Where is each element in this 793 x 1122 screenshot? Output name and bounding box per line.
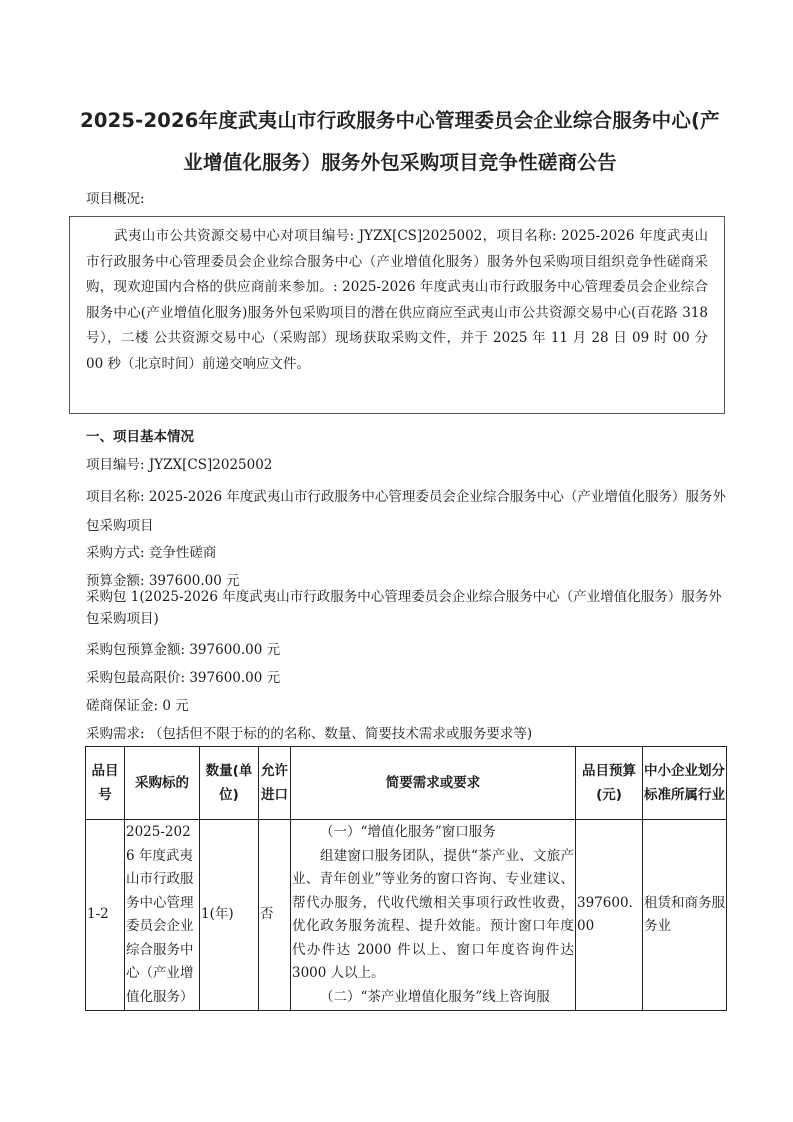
document-title-line-2: 业增值化服务）服务外包采购项目竞争性磋商公告 <box>60 147 740 175</box>
cell-item-no: 1-2 <box>86 820 125 1011</box>
project-name: 项目名称: 2025-2026 年度武夷山市行政服务中心管理委员会企业综合服务中… <box>86 483 726 541</box>
cell-description: （一）“增值化服务”窗口服务 组建窗口服务团队，提供“茶产业、文旅产业、青年创业… <box>291 820 576 1011</box>
cell-target: 2025-2026 年度武夷山市行政服务中心管理委员会企业综合服务中心（产业增值… <box>125 820 200 1011</box>
overview-label: 项目概况: <box>86 187 145 207</box>
requirements-table: 品目号 采购标的 数量(单位) 允许进口 简要需求或要求 品目预算(元) 中小企… <box>85 746 727 1011</box>
header-import: 允许进口 <box>259 747 291 820</box>
procurement-package: 采购包 1(2025-2026 年度武夷山市行政服务中心管理委员会企业综合服务中… <box>86 586 726 630</box>
package-max-price: 采购包最高限价: 397600.00 元 <box>86 666 280 686</box>
table-row: 1-2 2025-2026 年度武夷山市行政服务中心管理委员会企业综合服务中心（… <box>86 820 727 1011</box>
deposit: 磋商保证金: 0 元 <box>86 694 189 714</box>
cell-industry: 租赁和商务服务业 <box>643 820 727 1011</box>
project-number: 项目编号: JYZX[CS]2025002 <box>86 453 272 473</box>
desc-heading-2: （二）“茶产业增值化服务”线上咨询服 <box>292 986 574 1010</box>
header-item-no: 品目号 <box>86 747 125 820</box>
cell-budget: 397600.00 <box>576 820 643 1011</box>
procurement-method: 采购方式: 竞争性磋商 <box>86 541 216 561</box>
header-budget: 品目预算(元) <box>576 747 643 820</box>
desc-heading-1: （一）“增值化服务”窗口服务 <box>292 821 574 845</box>
overview-text: 武夷山市公共资源交易中心对项目编号: JYZX[CS]2025002，项目名称:… <box>86 224 708 377</box>
overview-box: 武夷山市公共资源交易中心对项目编号: JYZX[CS]2025002，项目名称:… <box>69 216 725 414</box>
table-header-row: 品目号 采购标的 数量(单位) 允许进口 简要需求或要求 品目预算(元) 中小企… <box>86 747 727 820</box>
header-description: 简要需求或要求 <box>291 747 576 820</box>
header-quantity: 数量(单位) <box>200 747 259 820</box>
header-target: 采购标的 <box>125 747 200 820</box>
cell-import: 否 <box>259 820 291 1011</box>
header-industry: 中小企业划分标准所属行业 <box>643 747 727 820</box>
document-title-line-1: 2025-2026年度武夷山市行政服务中心管理委员会企业综合服务中心(产 <box>60 105 740 133</box>
package-budget: 采购包预算金额: 397600.00 元 <box>86 638 280 658</box>
section-heading-basic-info: 一、项目基本情况 <box>86 425 194 445</box>
desc-body-1: 组建窗口服务团队，提供“茶产业、文旅产业、青年创业”等业务的窗口咨询、专业建议、… <box>292 845 574 986</box>
cell-quantity: 1(年) <box>200 820 259 1011</box>
requirements-intro: 采购需求: （包括但不限于标的的名称、数量、简要技术需求或服务要求等) <box>86 722 532 742</box>
